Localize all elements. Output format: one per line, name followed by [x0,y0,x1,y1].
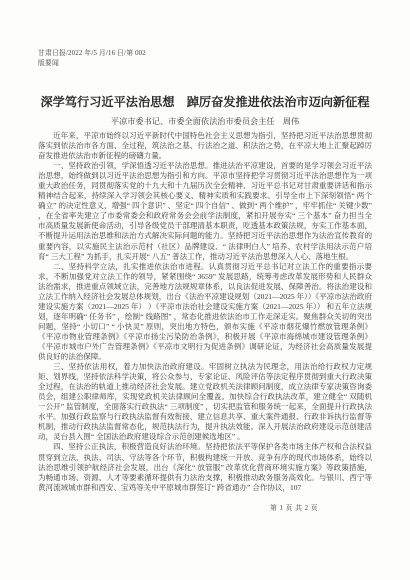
article-title: 深学笃行习近平法治思想 踔厉奋发推进依法治市迈向新征程 [18,93,392,110]
article-body: 近年来，平凉市始终以习近平新时代中国特色社会主义思想为指引，坚持把习近平法治思想… [38,131,372,493]
publication-info-line1: 甘肃日报/2022 年/5 月/16 日/第 002 [38,49,146,59]
article-byline: 平凉市委书记、市委全面依法治市委员会主任 周伟 [0,116,410,127]
publication-info: 甘肃日报/2022 年/5 月/16 日/第 002 版要闻 [38,49,146,68]
publication-info-line2: 版要闻 [38,59,146,69]
article-paragraph: 近年来，平凉市始终以习近平新时代中国特色社会主义思想为指引，坚持把习近平法治思想… [38,131,372,161]
article-paragraph: 二、坚持科学立法，扎实推进依法治市进程。认真贯彻习近平总书记对立法工作的重要指示… [38,262,372,362]
article-paragraph: 三、坚持依法用权，着力加快法治政府建设。牢固树立执法为民理念，用法治给行政权力定… [38,362,372,442]
article-paragraph: 四、坚持公正执法，积极营造良好法治环境。坚持把依法平等保护各类市场主体产权和合法… [38,442,372,492]
article-paragraph: 一、坚持政治引领，学深悟透习近平法治思想。推进法治平凉建设，首要的是学习领会习近… [38,161,372,261]
page-number: 第 1 页 共 2 页 [270,502,318,512]
document-page: 甘肃日报/2022 年/5 月/16 日/第 002 版要闻 深学笃行习近平法治… [0,0,410,580]
